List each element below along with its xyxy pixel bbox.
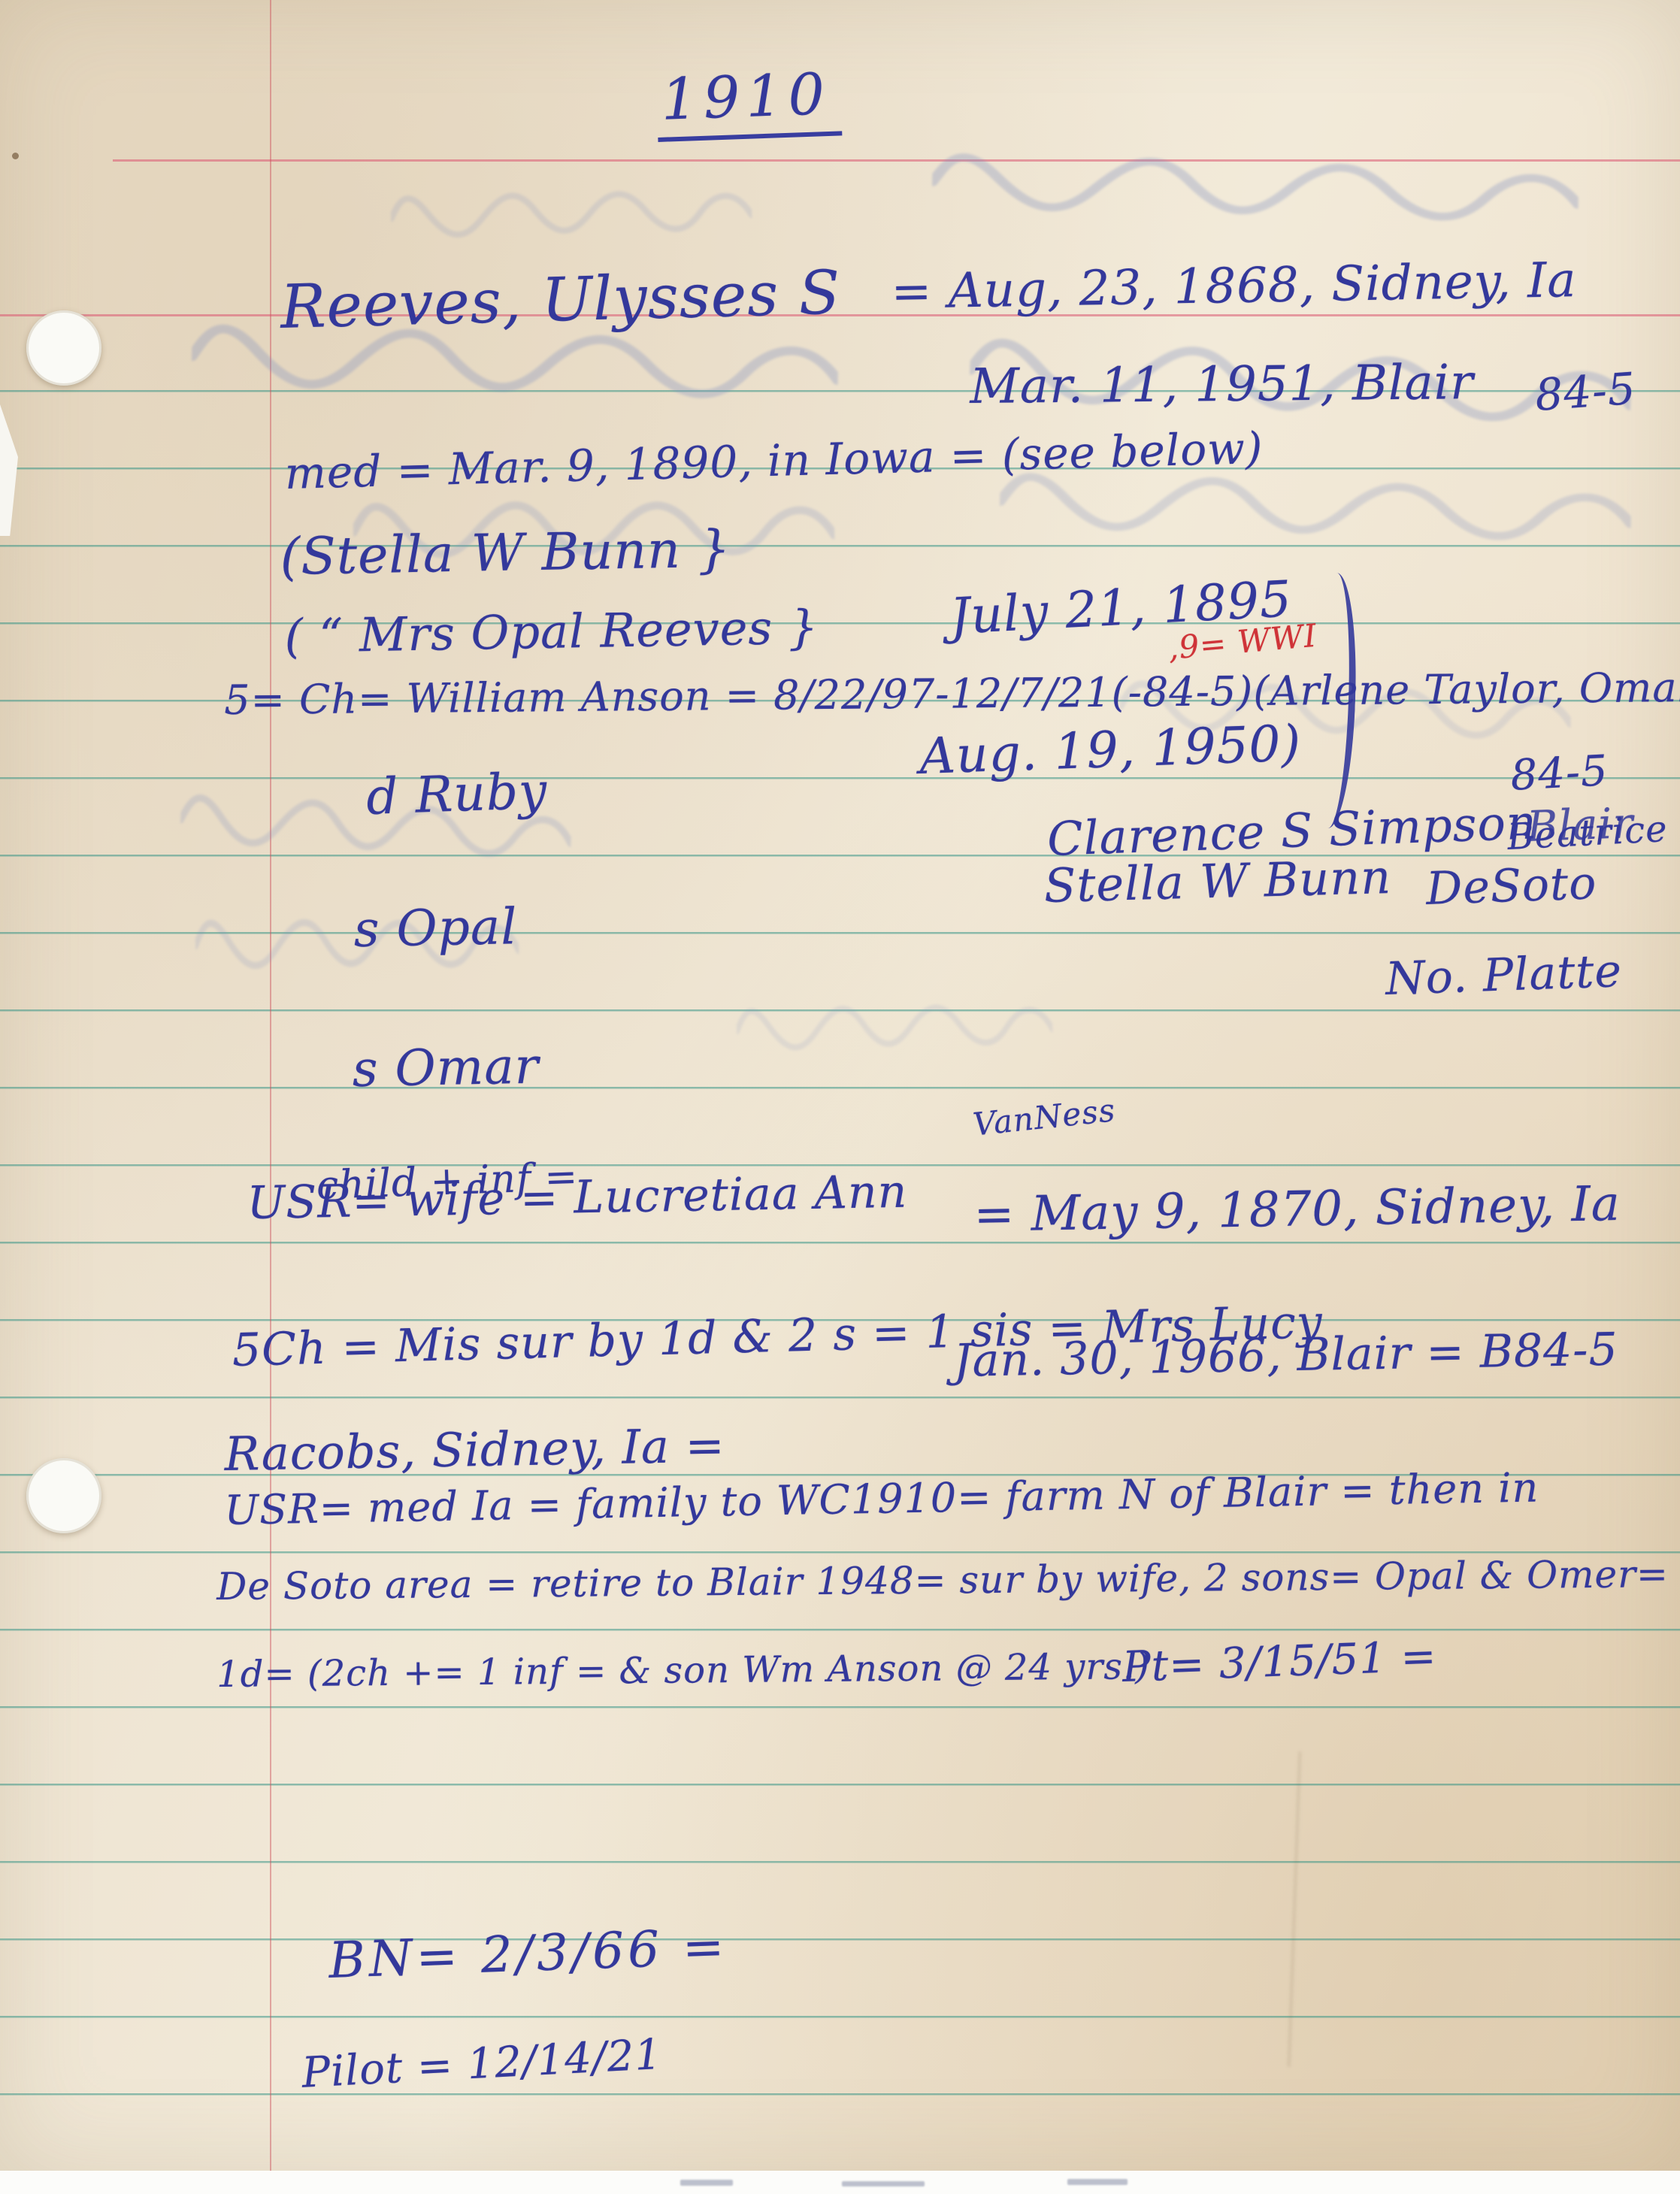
paper-speck [12, 153, 19, 159]
place-desoto: DeSoto [1425, 857, 1597, 915]
place-beatrice: Beatrice [1506, 808, 1669, 858]
hole-punch-top [26, 310, 101, 386]
scanned-notebook-page: 1910 Reeves, Ulysses S = Aug, 23, 1868, … [0, 0, 1680, 2194]
wife-name-stella: (Stella W Bunn } [280, 520, 731, 587]
bleedthrough-artifact [1067, 2179, 1128, 2185]
maiden-stella-bunn: Stella W Bunn [1043, 849, 1392, 913]
wife-family-line-2: Racobs, Sidney, Ia = [224, 1418, 725, 1481]
bleedthrough-artifact [680, 2180, 733, 2186]
note-line-3: 1d= (2ch += 1 inf = & son Wm Anson @ 24 … [216, 1645, 1150, 1696]
ref-code-1: 84-5 [1533, 363, 1638, 421]
bleedthrough-artifact [999, 468, 1631, 547]
ref-code-2: 84-5 [1509, 746, 1609, 800]
child-omar: s Omar [352, 1037, 540, 1098]
paper-ruling [0, 390, 1680, 2171]
bleedthrough-artifact [736, 994, 1053, 1058]
hole-punch-bottom [26, 1458, 101, 1533]
place-no-platte: No. Platte [1385, 945, 1623, 1006]
child-opal: s Opal [353, 897, 518, 958]
entry-death: Mar. 11, 1951, Blair [970, 355, 1474, 415]
child-ruby: d Ruby [365, 762, 549, 826]
wife-alias-opal: ( “ Mrs Opal Reeves } [284, 600, 819, 664]
entry-name: Reeves, Ulysses S [280, 257, 842, 341]
page-title: 1910 [655, 59, 843, 142]
scanner-strip [0, 2171, 1680, 2194]
bleedthrough-artifact [842, 2181, 925, 2186]
wife-birth: = May 9, 1870, Sidney, Ia [973, 1176, 1621, 1243]
bleedthrough-artifact [931, 149, 1579, 228]
